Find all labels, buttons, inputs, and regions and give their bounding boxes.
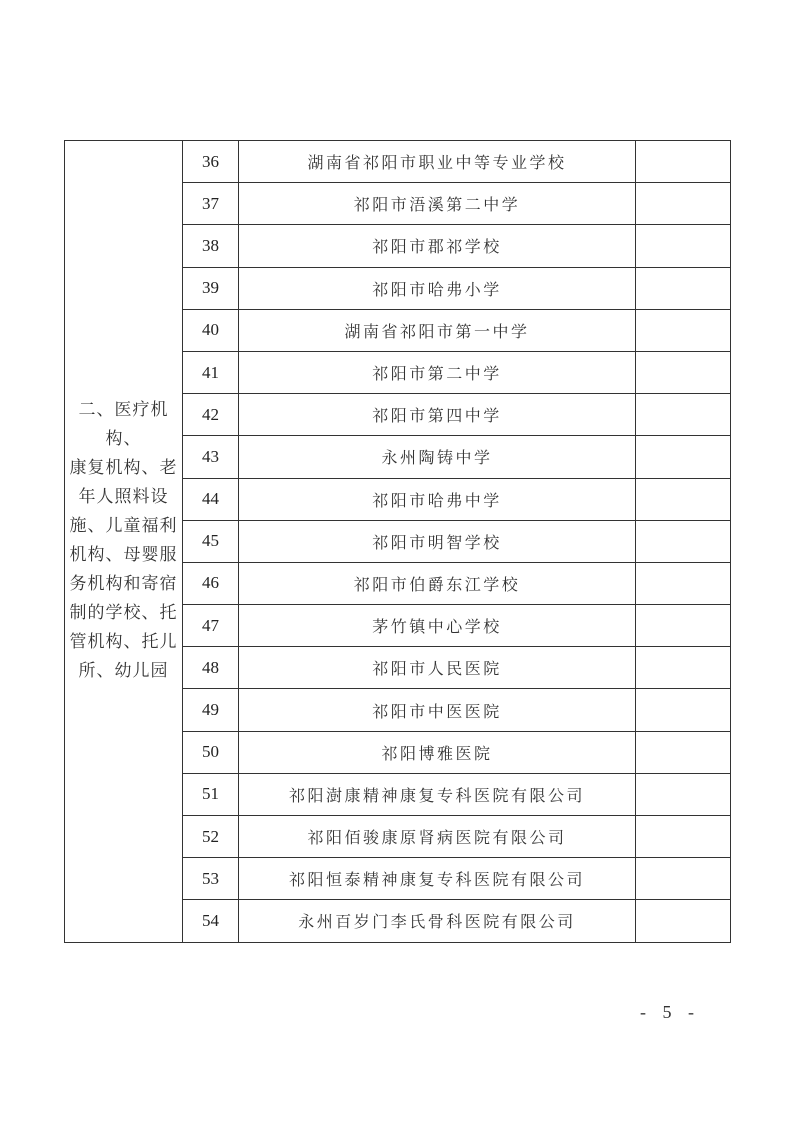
category-line: 务机构和寄宿 xyxy=(65,570,182,599)
row-number: 43 xyxy=(183,436,239,478)
row-number: 54 xyxy=(183,900,239,942)
remarks-cell xyxy=(636,773,731,815)
institution-name: 祁阳市哈弗中学 xyxy=(239,478,636,520)
category-line: 施、儿童福利 xyxy=(65,512,182,541)
row-number: 37 xyxy=(183,183,239,225)
remarks-cell xyxy=(636,731,731,773)
table-row: 二、医疗机构、康复机构、老年人照料设施、儿童福利机构、母婴服务机构和寄宿制的学校… xyxy=(65,141,731,183)
remarks-cell xyxy=(636,309,731,351)
institution-name: 祁阳市人民医院 xyxy=(239,647,636,689)
remarks-cell xyxy=(636,689,731,731)
remarks-cell xyxy=(636,605,731,647)
row-number: 48 xyxy=(183,647,239,689)
remarks-cell xyxy=(636,562,731,604)
row-number: 36 xyxy=(183,141,239,183)
row-number: 47 xyxy=(183,605,239,647)
institution-table: 二、医疗机构、康复机构、老年人照料设施、儿童福利机构、母婴服务机构和寄宿制的学校… xyxy=(64,140,731,943)
category-line: 机构、母婴服 xyxy=(65,541,182,570)
institution-name: 湖南省祁阳市职业中等专业学校 xyxy=(239,141,636,183)
row-number: 51 xyxy=(183,773,239,815)
row-number: 41 xyxy=(183,351,239,393)
row-number: 39 xyxy=(183,267,239,309)
institution-name: 祁阳市伯爵东江学校 xyxy=(239,562,636,604)
remarks-cell xyxy=(636,225,731,267)
remarks-cell xyxy=(636,900,731,942)
remarks-cell xyxy=(636,478,731,520)
row-number: 44 xyxy=(183,478,239,520)
institution-name: 祁阳市浯溪第二中学 xyxy=(239,183,636,225)
row-number: 49 xyxy=(183,689,239,731)
category-line: 管机构、托儿 xyxy=(65,628,182,657)
remarks-cell xyxy=(636,394,731,436)
remarks-cell xyxy=(636,858,731,900)
remarks-cell xyxy=(636,351,731,393)
institution-name: 茅竹镇中心学校 xyxy=(239,605,636,647)
institution-name: 祁阳市明智学校 xyxy=(239,520,636,562)
institution-name: 祁阳澍康精神康复专科医院有限公司 xyxy=(239,773,636,815)
row-number: 45 xyxy=(183,520,239,562)
category-line: 所、幼儿园 xyxy=(65,657,182,686)
institution-name: 祁阳佰骏康原肾病医院有限公司 xyxy=(239,816,636,858)
category-line: 康复机构、老 xyxy=(65,454,182,483)
category-cell: 二、医疗机构、康复机构、老年人照料设施、儿童福利机构、母婴服务机构和寄宿制的学校… xyxy=(65,141,183,943)
row-number: 40 xyxy=(183,309,239,351)
institution-name: 祁阳市第二中学 xyxy=(239,351,636,393)
category-line: 制的学校、托 xyxy=(65,599,182,628)
category-line: 年人照料设 xyxy=(65,483,182,512)
remarks-cell xyxy=(636,183,731,225)
row-number: 50 xyxy=(183,731,239,773)
row-number: 53 xyxy=(183,858,239,900)
page-number: - 5 - xyxy=(640,1002,700,1023)
institution-name: 祁阳市中医医院 xyxy=(239,689,636,731)
row-number: 46 xyxy=(183,562,239,604)
institution-name: 永州陶铸中学 xyxy=(239,436,636,478)
institution-name: 祁阳博雅医院 xyxy=(239,731,636,773)
institution-name: 湖南省祁阳市第一中学 xyxy=(239,309,636,351)
document-page: 二、医疗机构、康复机构、老年人照料设施、儿童福利机构、母婴服务机构和寄宿制的学校… xyxy=(0,0,793,1122)
remarks-cell xyxy=(636,520,731,562)
remarks-cell xyxy=(636,267,731,309)
institution-name: 祁阳恒泰精神康复专科医院有限公司 xyxy=(239,858,636,900)
row-number: 42 xyxy=(183,394,239,436)
institution-name: 祁阳市第四中学 xyxy=(239,394,636,436)
remarks-cell xyxy=(636,141,731,183)
remarks-cell xyxy=(636,816,731,858)
institution-name: 永州百岁门李氏骨科医院有限公司 xyxy=(239,900,636,942)
category-line: 二、医疗机构、 xyxy=(65,396,182,454)
remarks-cell xyxy=(636,436,731,478)
row-number: 52 xyxy=(183,816,239,858)
institution-name: 祁阳市哈弗小学 xyxy=(239,267,636,309)
institution-name: 祁阳市郡祁学校 xyxy=(239,225,636,267)
remarks-cell xyxy=(636,647,731,689)
row-number: 38 xyxy=(183,225,239,267)
